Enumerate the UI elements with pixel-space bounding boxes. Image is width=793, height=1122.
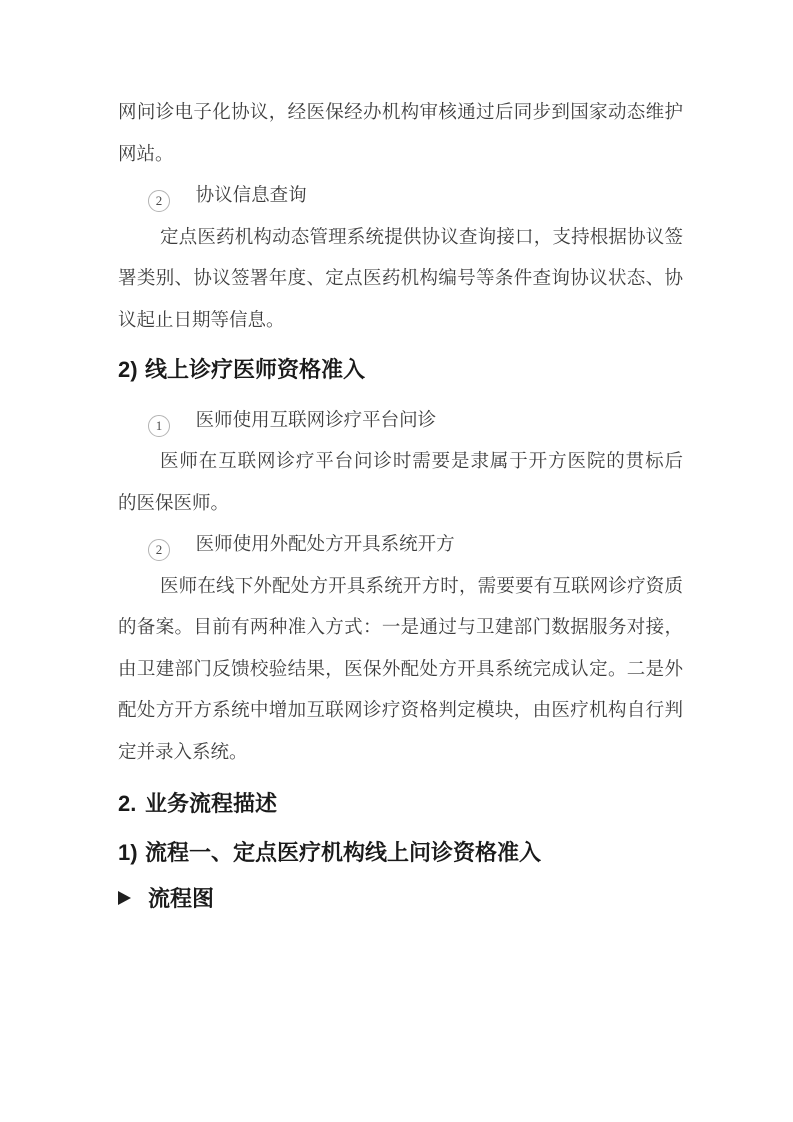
heading-number: 1) — [118, 832, 145, 874]
text-line: 署类别、协议签署年度、定点医药机构编号等条件查询协议状态、协 — [118, 259, 683, 301]
text-line: 由卫建部门反馈校验结果，医保外配处方开具系统完成认定。二是外 — [118, 650, 683, 692]
paragraph-doctor-prescription: 医师在线下外配处方开具系统开方时，需要要有互联网诊疗资质 的备案。目前有两种准入… — [118, 567, 683, 775]
text-line: 配处方开方系统中增加互联网诊疗资格判定模块，由医疗机构自行判 — [118, 691, 683, 733]
text-line: 医师在互联网诊疗平台问诊时需要是隶属于开方医院的贯标后 — [118, 442, 683, 484]
circled-number-icon: 1 — [148, 415, 170, 437]
numbered-item-agreement-query: 2 协议信息查询 — [118, 176, 683, 218]
circled-number-icon: 2 — [148, 539, 170, 561]
document-page: 网问诊电子化协议，经医保经办机构审核通过后同步到国家动态维护 网站。 2 协议信… — [0, 0, 793, 1122]
text-line: 医师在线下外配处方开具系统开方时，需要要有互联网诊疗资质 — [118, 567, 683, 609]
paragraph-agreement-query: 定点医药机构动态管理系统提供协议查询接口，支持根据协议签 署类别、协议签署年度、… — [118, 218, 683, 343]
heading-title: 线上诊疗医师资格准入 — [145, 357, 365, 382]
item-label: 医师使用外配处方开具系统开方 — [196, 535, 455, 555]
heading-online-doctor-qualification: 2)线上诊疗医师资格准入 — [118, 349, 683, 391]
numbered-item-doctor-prescription: 2 医师使用外配处方开具系统开方 — [118, 525, 683, 567]
arrow-bullet-icon — [118, 891, 131, 905]
text-line: 的备案。目前有两种准入方式：一是通过与卫建部门数据服务对接， — [118, 608, 683, 650]
bullet-flowchart: 流程图 — [118, 878, 683, 920]
document-body: 网问诊电子化协议，经医保经办机构审核通过后同步到国家动态维护 网站。 2 协议信… — [0, 0, 793, 920]
circled-number-icon: 2 — [148, 190, 170, 212]
text-line: 定并录入系统。 — [118, 733, 683, 775]
heading-title: 业务流程描述 — [145, 791, 277, 816]
text-line: 网站。 — [118, 135, 683, 177]
heading-process-one: 1)流程一、定点医疗机构线上问诊资格准入 — [118, 832, 683, 874]
item-label: 医师使用互联网诊疗平台问诊 — [196, 411, 437, 431]
heading-business-process-description: 2.业务流程描述 — [118, 783, 683, 825]
text-line: 网问诊电子化协议，经医保经办机构审核通过后同步到国家动态维护 — [118, 93, 683, 135]
item-label: 协议信息查询 — [196, 186, 307, 206]
text-line: 的医保医师。 — [118, 484, 683, 526]
text-line: 议起止日期等信息。 — [118, 301, 683, 343]
heading-number: 2) — [118, 349, 145, 391]
paragraph-doctor-platform: 医师在互联网诊疗平台问诊时需要是隶属于开方医院的贯标后 的医保医师。 — [118, 442, 683, 525]
heading-number: 2. — [118, 783, 145, 825]
numbered-item-doctor-platform: 1 医师使用互联网诊疗平台问诊 — [118, 401, 683, 443]
bullet-label: 流程图 — [148, 886, 214, 911]
heading-title: 流程一、定点医疗机构线上问诊资格准入 — [145, 840, 541, 865]
paragraph-continuation: 网问诊电子化协议，经医保经办机构审核通过后同步到国家动态维护 网站。 — [118, 93, 683, 176]
text-line: 定点医药机构动态管理系统提供协议查询接口，支持根据协议签 — [118, 218, 683, 260]
